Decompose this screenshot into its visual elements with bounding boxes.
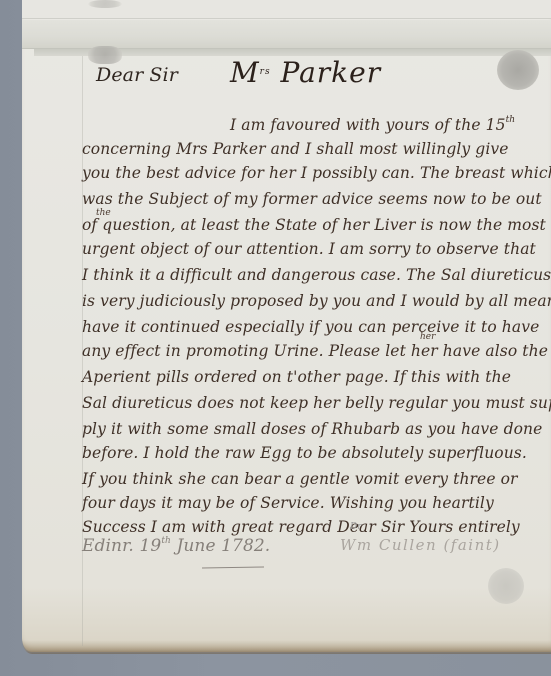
body-line: any effect in promoting Urine. Please le… <box>82 342 548 360</box>
body-line: of question, at least the State of her L… <box>82 216 546 234</box>
subject-heading: Mrs Parker <box>230 56 381 89</box>
signature-superscript: Dr <box>350 522 362 532</box>
body-line: Sal diureticus does not keep her belly r… <box>82 394 551 412</box>
day: 19 <box>139 536 161 556</box>
body-line: have it continued especially if you can … <box>82 318 539 336</box>
body-line: before. I hold the raw Egg to be absolut… <box>82 444 527 462</box>
body-line: concerning Mrs Parker and I shall most w… <box>82 140 509 158</box>
month-year: June 1782. <box>176 536 270 556</box>
body-line: four days it may be of Service. Wishing … <box>82 494 494 512</box>
body-line: you the best advice for her I possibly c… <box>82 164 551 182</box>
signature: Wm Cullen (faint) <box>340 536 501 554</box>
body-line: ply it with some small doses of Rhubarb … <box>82 420 542 438</box>
stain-mark <box>88 46 122 64</box>
body-line: was the Subject of my former advice seem… <box>82 190 542 208</box>
wax-seal-mark <box>497 50 539 90</box>
body-line: I am favoured with yours of the 15th <box>230 116 515 134</box>
wax-seal-mark <box>488 568 524 604</box>
subject-title-sup: rs <box>260 67 271 77</box>
body-line: urgent object of our attention. I am sor… <box>82 240 536 258</box>
place-and-date: Edinr. 19th June 1782. <box>82 536 270 556</box>
salutation: Dear Sir <box>96 64 178 86</box>
subject-title: M <box>230 56 260 89</box>
subject-name: Parker <box>281 56 382 89</box>
page-worn-edge <box>22 640 551 654</box>
body-line: I think it a difficult and dangerous cas… <box>82 266 551 284</box>
binding-tape <box>22 20 551 49</box>
body-line: is very judiciously proposed by you and … <box>82 292 551 310</box>
stain-mark <box>88 0 122 8</box>
body-line: Success I am with great regard Dear Sir … <box>82 518 520 536</box>
interlinear-insertion: her <box>420 332 435 342</box>
body-line: If you think she can bear a gentle vomit… <box>82 470 518 488</box>
day-sup: th <box>161 536 171 546</box>
body-line: Aperient pills ordered on t'other page. … <box>82 368 511 386</box>
place: Edinr. <box>82 536 134 556</box>
